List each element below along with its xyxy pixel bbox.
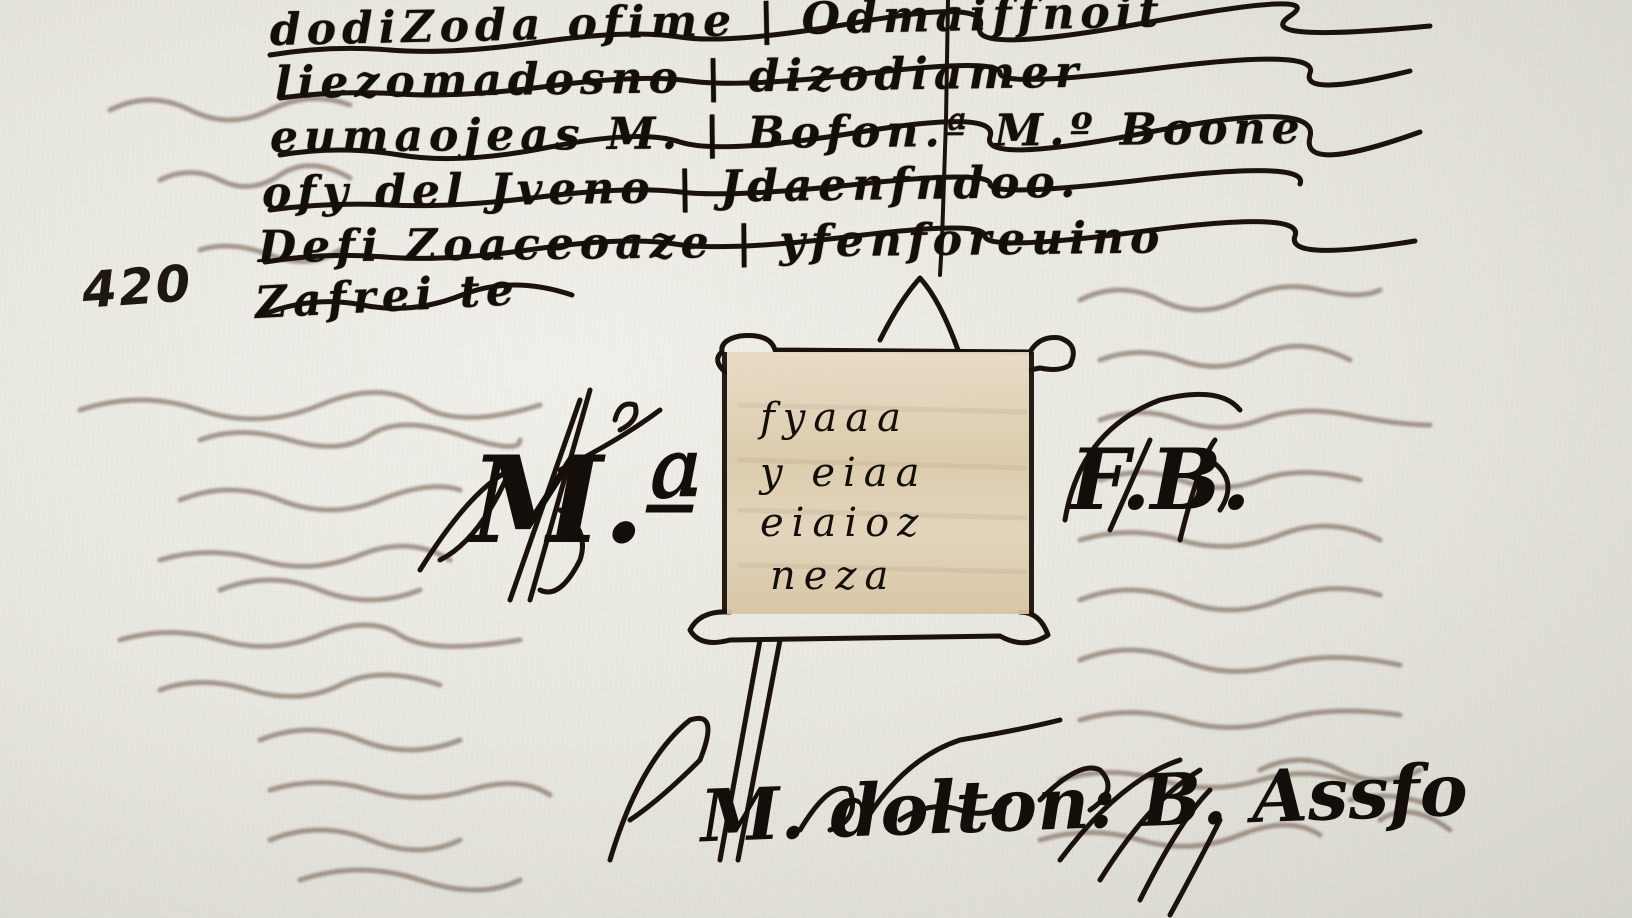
notary-left-initials: M.ª <box>470 430 703 571</box>
scroll-line-3: eiaioz <box>760 500 926 546</box>
scroll-line-4: neza <box>770 553 896 599</box>
notary-right-initials: F.B. <box>1070 430 1251 529</box>
scroll-line-2: y eiaa <box>760 450 927 496</box>
manuscript-line-5: Defi Zoaceoaze | yfenforeuino <box>258 213 1166 273</box>
scroll-line-1: fyaaa <box>760 395 909 441</box>
folio-number: 420 <box>80 254 194 320</box>
manuscript-line-3: eumaojeas M. | Bofon.ª M.º Boone <box>270 103 1306 163</box>
